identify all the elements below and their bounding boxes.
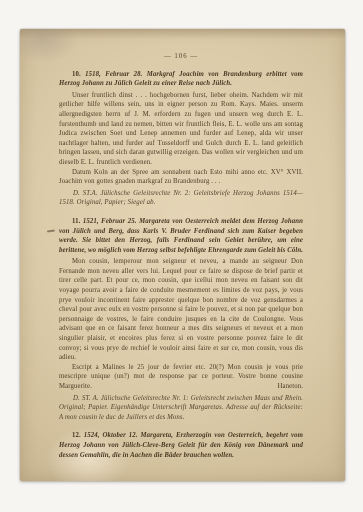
entry-12: 12. 1524, Oktober 12. Margareta, Erzherz… <box>59 431 303 460</box>
entry-11-heading: 11. 1521, Februar 25. Margareta von Oest… <box>59 217 303 255</box>
entry-10-heading: 10. 1518, Februar 28. Markgraf Joachim v… <box>59 70 303 89</box>
entry-11-signature: Haneton. <box>264 382 303 392</box>
entry-10-archive-note: D. ST.A. Jülichsche Geleitsrechte Nr. 2:… <box>59 189 303 208</box>
margin-pencil-mark <box>47 229 55 232</box>
entry-11-closing: Escript a Malines le 25 jour de fevrier … <box>59 363 303 392</box>
entry-10-paragraph-1: Unser fruntlich dinst . . . hochgebornen… <box>59 91 303 168</box>
entry-11-paragraph-1: Mon cousin, lemperour mon seigneur et ne… <box>59 257 303 363</box>
scanned-page: — 106 — 10. 1518, Februar 28. Markgraf J… <box>20 29 345 481</box>
entry-10-heading-text: 1518, Februar 28. Markgraf Joachim von B… <box>59 71 303 88</box>
entry-10-paragraph-2: Datum Koln an der Spree am sonnabent nac… <box>59 168 303 187</box>
entry-12-heading-text: 1524, Oktober 12. Margareta, Erzherzogin… <box>59 432 303 458</box>
entry-11-number: 11. <box>72 218 80 225</box>
scan-background: — 106 — 10. 1518, Februar 28. Markgraf J… <box>0 0 363 512</box>
entry-12-heading: 12. 1524, Oktober 12. Margareta, Erzherz… <box>59 431 303 460</box>
entry-12-number: 12. <box>72 432 81 439</box>
entry-11-archive-note: D. ST. A. Jülichsche Geleitsrechte Nr. 1… <box>59 394 303 423</box>
entry-10: 10. 1518, Februar 28. Markgraf Joachim v… <box>59 70 303 208</box>
page-number: — 106 — <box>59 52 303 62</box>
entry-11: 11. 1521, Februar 25. Margareta von Oest… <box>59 217 303 422</box>
entry-10-number: 10. <box>72 71 81 78</box>
entry-11-heading-text: 1521, Februar 25. Margareta von Oesterre… <box>59 218 303 254</box>
page-content: — 106 — 10. 1518, Februar 28. Markgraf J… <box>59 52 303 462</box>
page-edge-shadow <box>20 29 345 39</box>
